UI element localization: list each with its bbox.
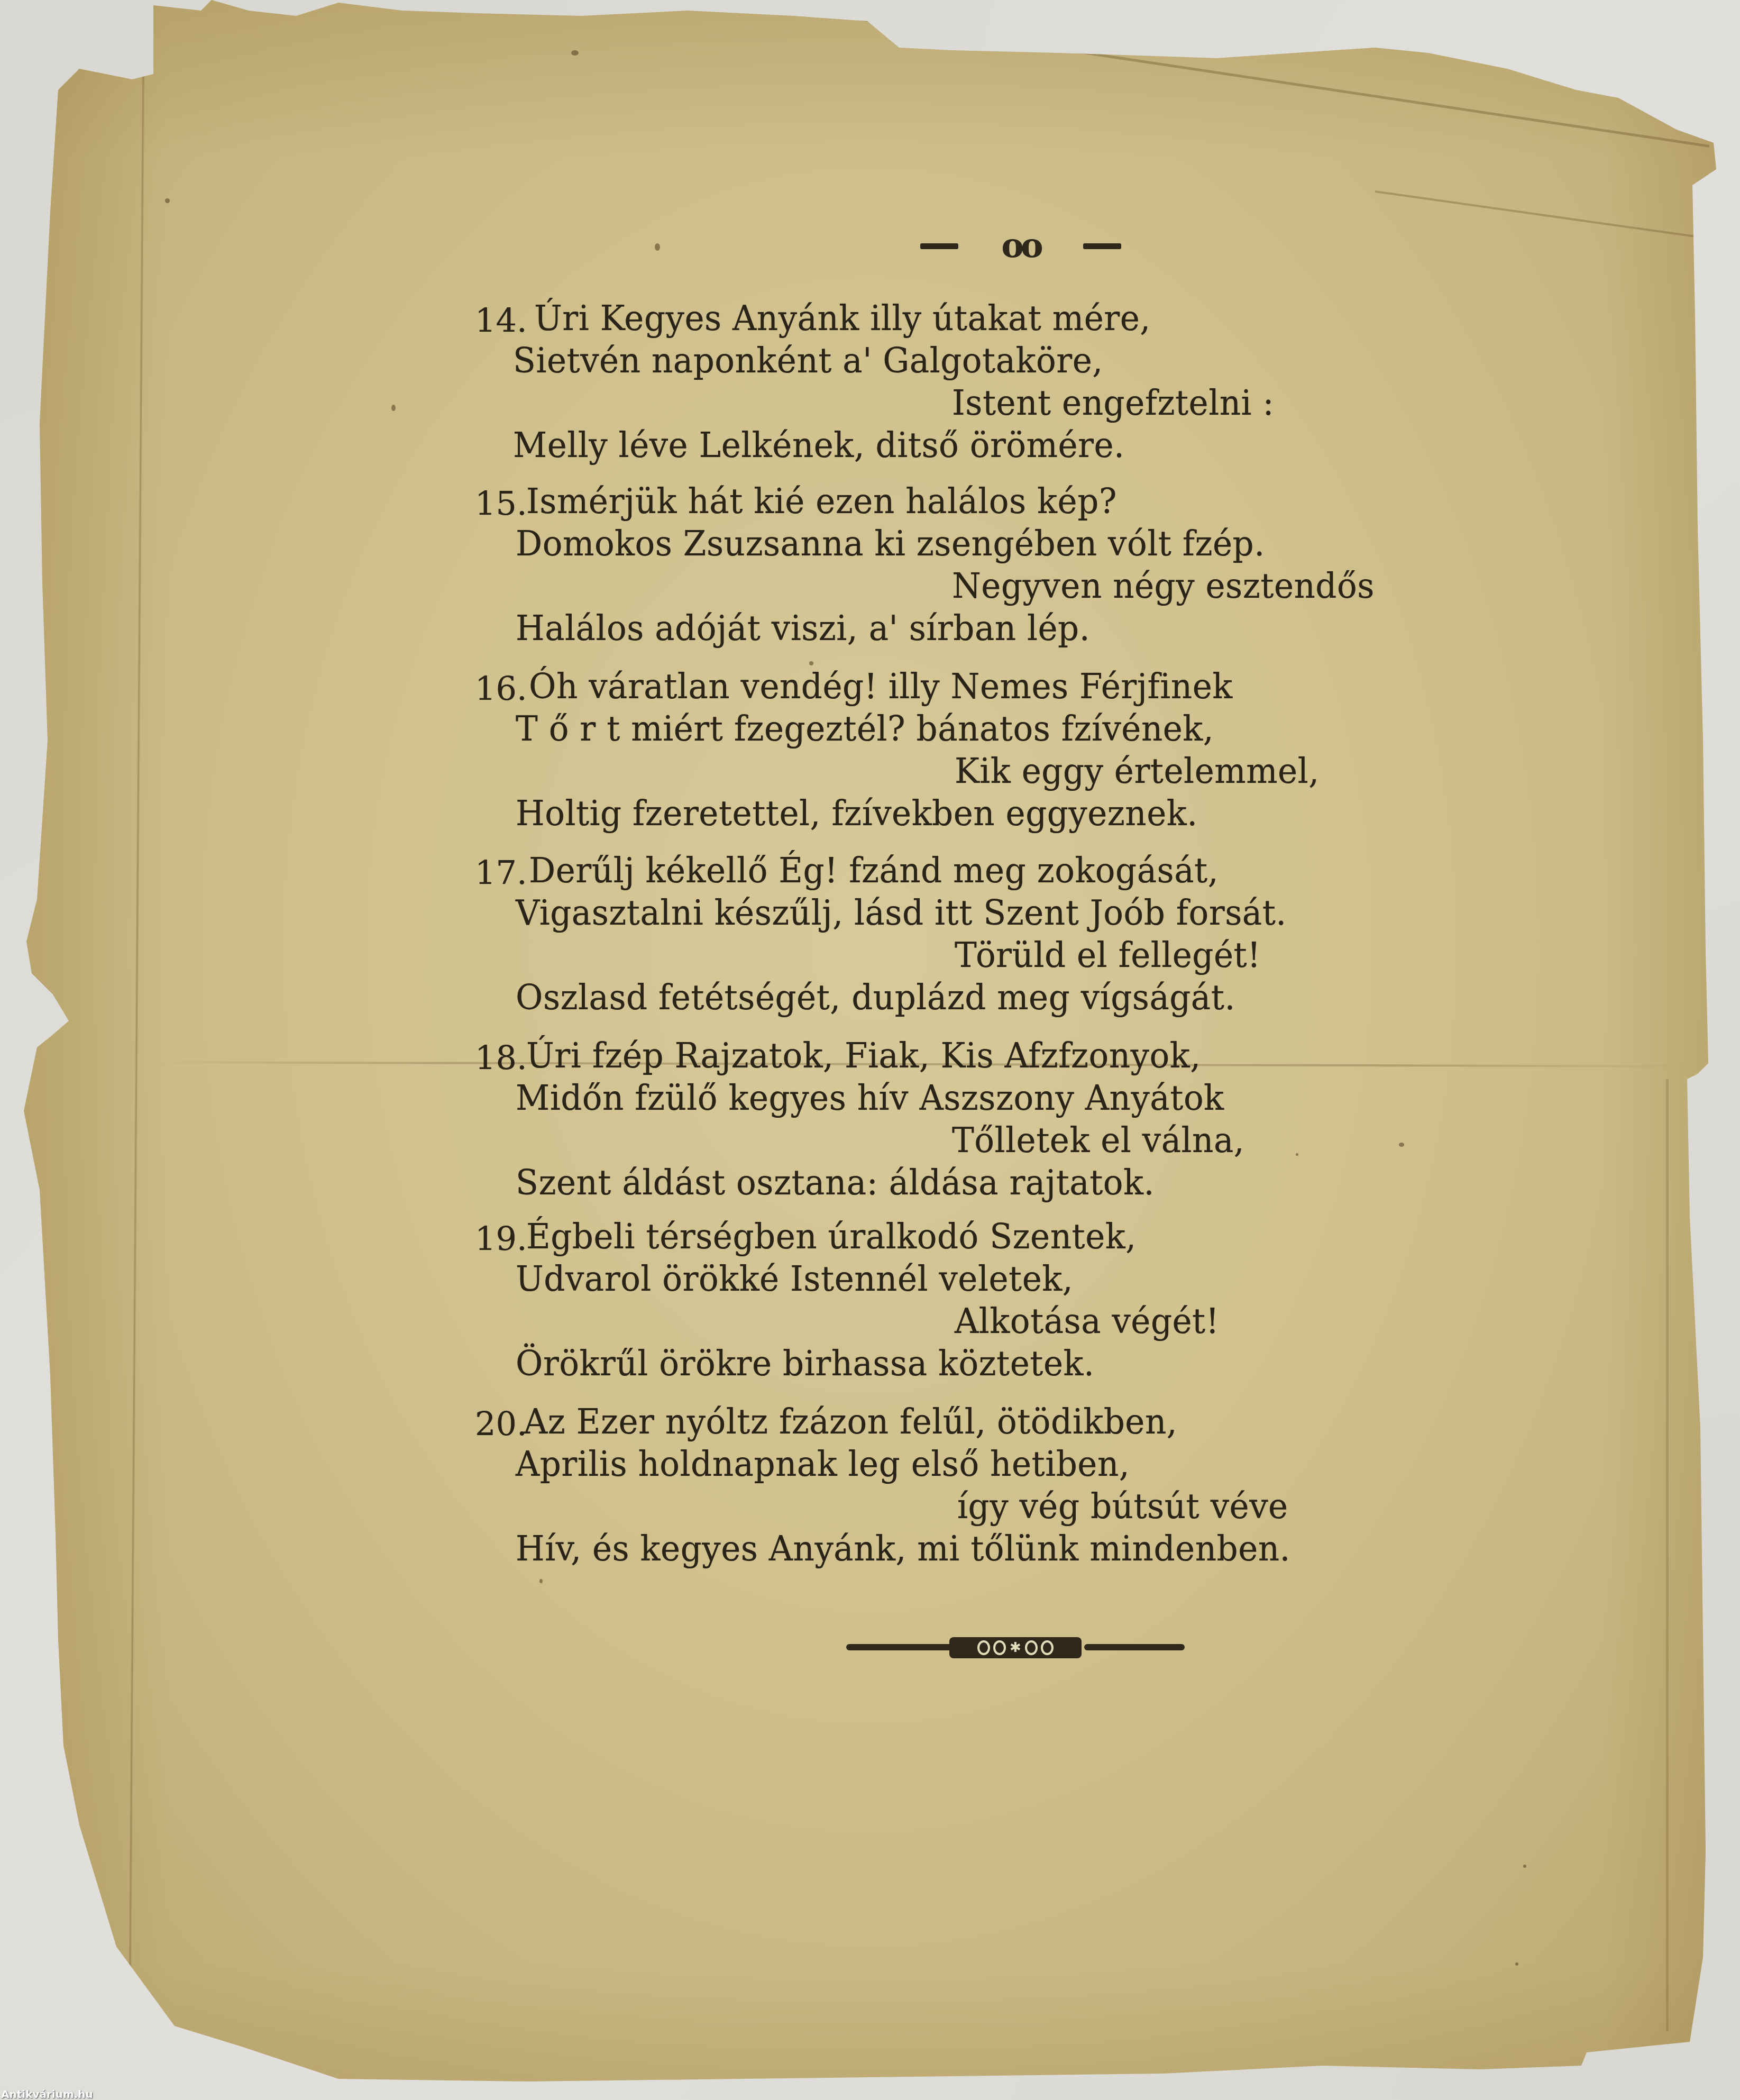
foxing-spot [391,405,396,411]
verse-line: Oszlasd fetétségét, duplázd meg vígságát… [516,976,1235,1019]
verse-line: Úri fzép Rajzatok, Fiak, Kis Afzfzonyok, [526,1035,1201,1077]
foxing-spot [1523,1865,1526,1868]
tail-ornament: ✱ [846,1635,1185,1661]
fold-line-top-right [1375,190,1710,240]
ornament-bar-right [1084,1644,1185,1650]
verse-line: Kik eggy értelemmel, [955,750,1320,792]
verse-number: 18. [475,1037,527,1079]
fold-line-right [1666,1079,1669,2031]
foxing-spot [571,50,579,56]
verse-line: Midőn fzülő kegyes hív Aszszony Anyátok [516,1077,1224,1119]
verse-line: Negyven négy esztendős [952,565,1375,607]
verse-number: 14. [475,299,527,342]
verse-line: T ő r t miért fzegeztél? bánatos fzívéne… [516,708,1214,750]
ornament-bar-left [846,1644,952,1650]
verse-number: 17. [475,852,527,894]
verse-line: Örökrűl örökre birhassa köztetek. [516,1343,1095,1385]
ornament-ring-icon [1041,1640,1054,1655]
verse-line: Szent áldást osztana: áldása rajtatok. [516,1162,1155,1204]
verse-line: Égbeli térségben úralkodó Szentek, [526,1216,1137,1258]
verse-line: így vég bútsút véve [957,1485,1288,1528]
watermark: Antikvárium.hu [1,2088,93,2100]
ornament-dash-right [1083,243,1121,249]
verse-line: Holtig fzeretettel, fzívekben eggyeznek. [516,792,1198,835]
verse-line: Ismérjük hát kié ezen halálos kép? [526,480,1117,523]
verse-line: Úri Kegyes Anyánk illy útakat mére, [534,297,1151,340]
verse-number: 20. [475,1403,527,1445]
foxing-spot [165,198,170,203]
verse-line: Istent engefztelni : [952,382,1274,424]
foxing-spot [809,661,813,665]
verse-line: Sietvén naponként a' Galgotaköre, [513,340,1103,382]
paper-page: oo 14. Úri Kegyes Anyánk illy útakat mér… [0,0,1740,2100]
ornament-ring-icon [1025,1640,1038,1655]
foxing-spot [1296,1153,1298,1156]
verse-line: Óh váratlan vendég! illy Nemes Férjfinek [529,665,1233,708]
verse-number: 19. [475,1218,527,1260]
verse-number: 16. [475,668,527,710]
verse-number: 15. [475,482,527,525]
verse-line: Törüld el fellegét! [955,934,1261,976]
foxing-spot [539,1579,543,1583]
ornament-star-icon: ✱ [1009,1640,1022,1655]
verse-line: Udvarol örökké Istennél veletek, [516,1258,1073,1300]
verse-line: Vigasztalni készűlj, lásd itt Szent Joób… [516,892,1287,934]
verse-line: Tőlletek el válna, [952,1119,1244,1162]
foxing-spot [655,243,660,251]
verse-line: Derűlj kékellő Ég! fzánd meg zokogását, [529,850,1219,892]
ornament-beads: ✱ [949,1637,1082,1658]
verse-line: Halálos adóját viszi, a' sírban lép. [516,607,1090,650]
ornament-ring-icon [977,1640,990,1655]
fold-line-left [128,74,145,2031]
verse-line: Hív, és kegyes Anyánk, mi tőlünk mindenb… [516,1528,1290,1570]
page-header-ornament: oo [920,227,1121,264]
ornament-dash-left [920,243,958,249]
ornament-ring-icon [993,1640,1006,1655]
verse-line: Alkotása végét! [955,1300,1219,1343]
foxing-spot [1399,1143,1404,1147]
verse-line: Az Ezer nyóltz fzázon felűl, ötödikben, [524,1401,1177,1443]
verse-line: Melly léve Lelkének, ditső örömére. [513,424,1125,467]
verse-line: Domokos Zsuzsanna ki zsengében vólt fzép… [516,523,1265,565]
foxing-spot [1515,1962,1518,1966]
ornament-oo-glyph: oo [1001,229,1040,263]
verse-line: Aprilis holdnapnak leg első hetiben, [516,1443,1130,1485]
